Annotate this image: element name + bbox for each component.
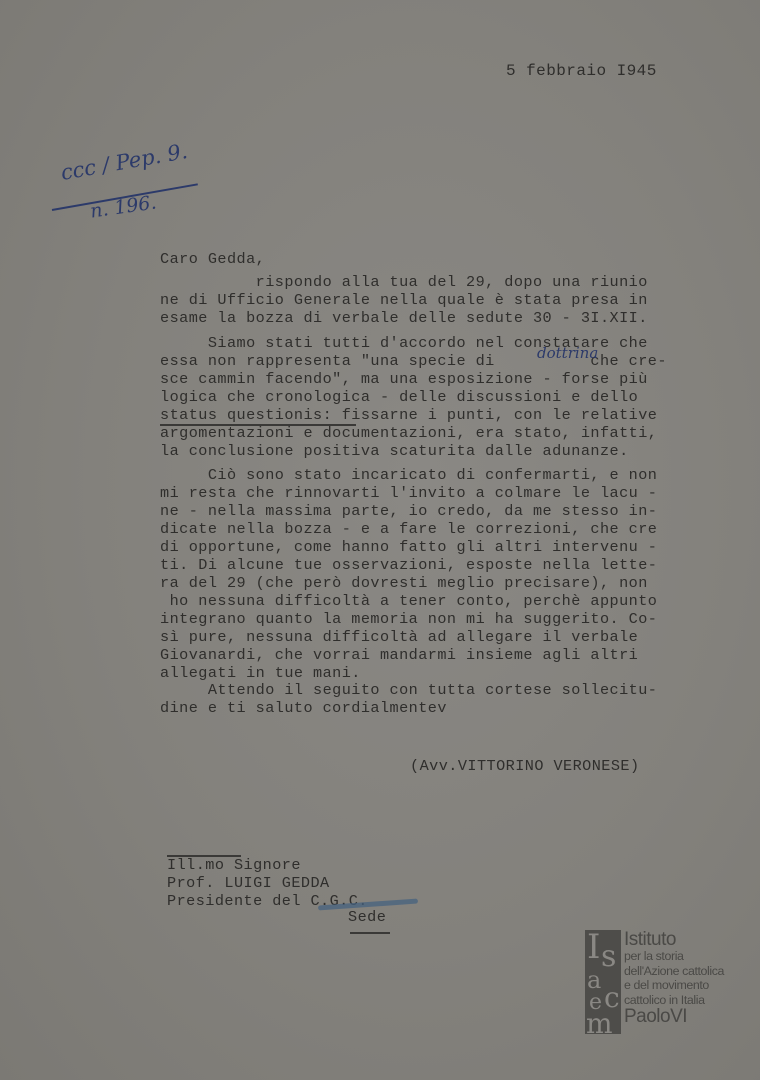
logo-letter: a xyxy=(587,968,601,992)
handwritten-correction: dottrina xyxy=(537,344,598,362)
logo-letter: I xyxy=(587,930,600,964)
text-line: sì pure, nessuna difficoltà ad allegare … xyxy=(160,628,638,646)
text-line: status questionis: fissarne i punti, con… xyxy=(160,406,657,424)
logo-name: PaoloVI xyxy=(624,1007,724,1026)
text-line: logica che cronologica - delle discussio… xyxy=(160,388,638,406)
text-line: ne di Ufficio Generale nella quale è sta… xyxy=(160,291,648,309)
logo-text: Istituto per la storia dell'Azione catto… xyxy=(624,930,724,1026)
addressee-name: Prof. LUIGI GEDDA xyxy=(167,874,330,892)
logo-subtitle: dell'Azione cattolica xyxy=(624,964,724,979)
salutation: Caro Gedda, xyxy=(160,250,265,268)
text-line: argomentazioni e documentazioni, era sta… xyxy=(160,424,657,442)
logo-subtitle: per la storia xyxy=(624,949,724,964)
text-line: allegati in tue mani. xyxy=(160,664,361,682)
text-line: la conclusione positiva scaturita dalle … xyxy=(160,442,629,460)
addressee-bottom-rule xyxy=(350,932,390,934)
letter-date: 5 febbraio I945 xyxy=(506,62,657,80)
text-line: ra del 29 (che però dovresti meglio prec… xyxy=(160,574,648,592)
text-line: sce cammin facendo", ma una esposizione … xyxy=(160,370,648,388)
text-line: integrano quanto la memoria non mi ha su… xyxy=(160,610,657,628)
text-line: Giovanardi, che vorrai mandarmi insieme … xyxy=(160,646,638,664)
logo-subtitle: cattolico in Italia xyxy=(624,993,724,1008)
text-line: mi resta che rinnovarti l'invito a colma… xyxy=(160,484,657,502)
text-line: esame la bozza di verbale delle sedute 3… xyxy=(160,309,648,327)
text-line: ti. Di alcune tue osservazioni, esposte … xyxy=(160,556,657,574)
logo-letter: m xyxy=(586,1010,613,1038)
logo-monogram: I s a e c m xyxy=(585,930,621,1034)
logo-title: Istituto xyxy=(624,930,724,949)
archive-number: n. 196. xyxy=(89,191,158,222)
text-line: Ciò sono stato incaricato di confermarti… xyxy=(160,466,657,484)
addressee-location: Sede xyxy=(348,908,386,926)
addressee-title: Ill.mo Signore xyxy=(167,856,301,874)
text-line: ne - nella massima parte, io credo, da m… xyxy=(160,502,657,520)
text-line: rispondo alla tua del 29, dopo una riuni… xyxy=(160,273,648,291)
logo-letter: s xyxy=(601,942,616,972)
text-line: dine e ti saluto cordialmentev xyxy=(160,699,447,717)
text-line: dicate nella bozza - e a fare le correzi… xyxy=(160,520,657,538)
text-line: di opportune, come hanno fatto gli altri… xyxy=(160,538,657,556)
text-line: ho nessuna difficoltà a tener conto, per… xyxy=(160,592,657,610)
logo-subtitle: e del movimento xyxy=(624,978,724,993)
text-line: Attendo il seguito con tutta cortese sol… xyxy=(160,681,657,699)
institute-logo: I s a e c m Istituto per la storia dell'… xyxy=(585,930,730,1035)
archive-reference: ccc / Pep. 9. xyxy=(59,139,189,185)
signature: (Avv.VITTORINO VERONESE) xyxy=(410,757,640,775)
